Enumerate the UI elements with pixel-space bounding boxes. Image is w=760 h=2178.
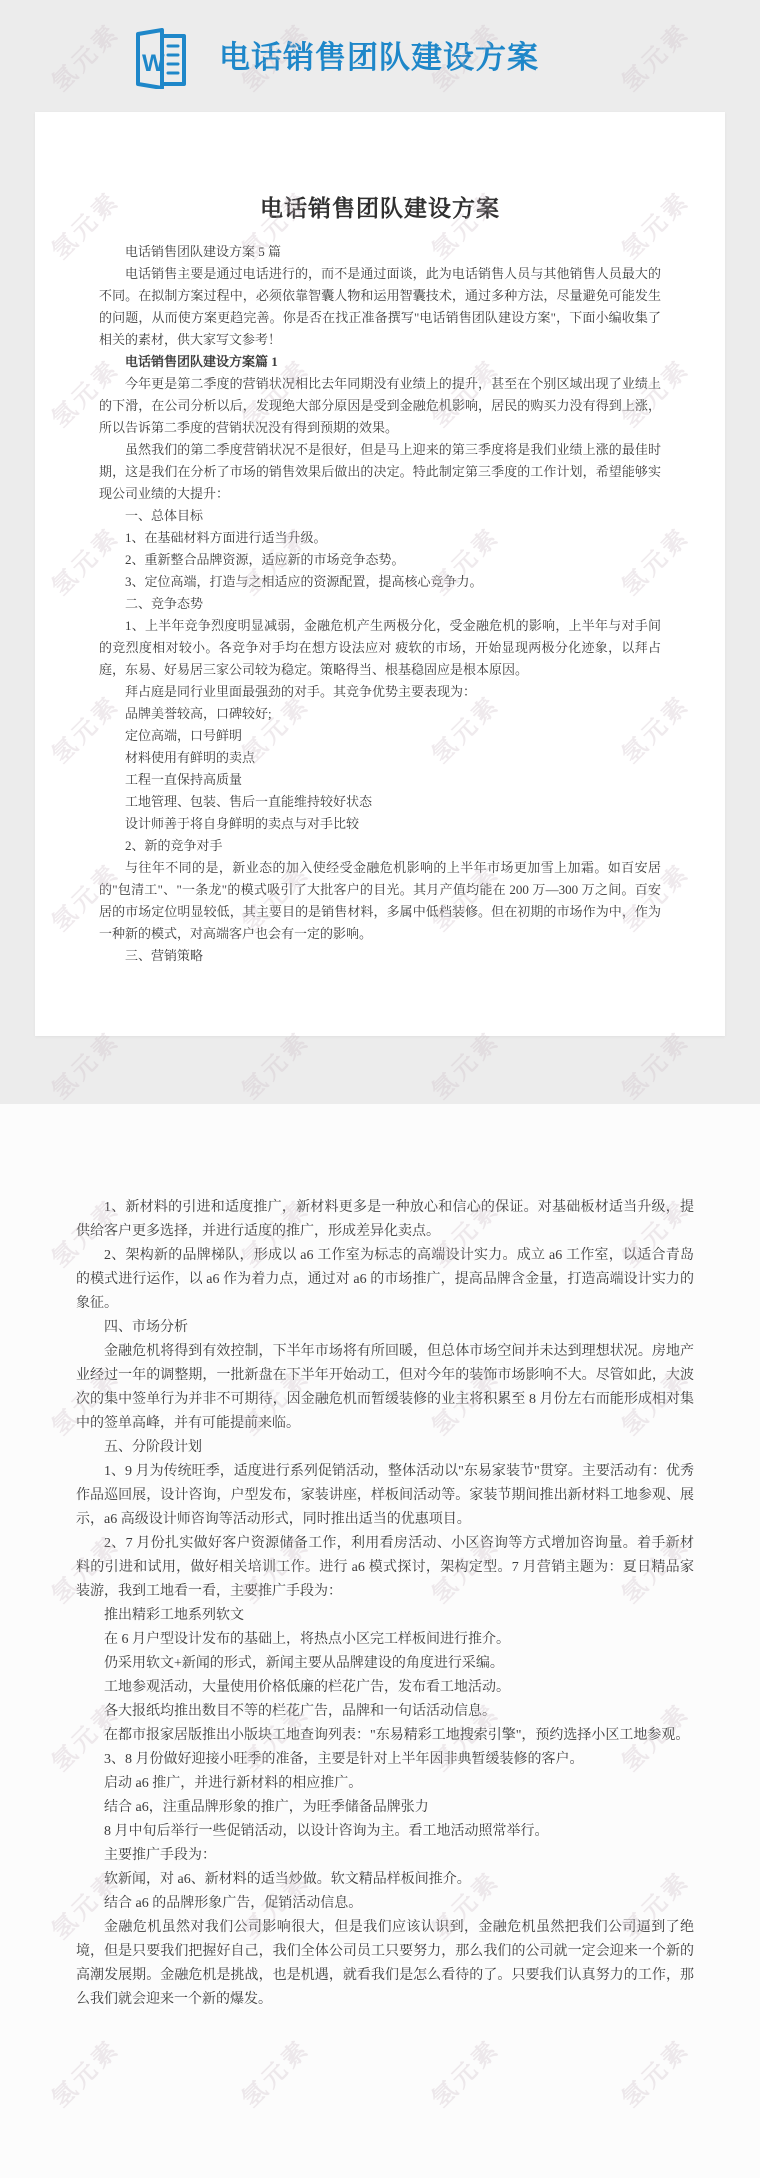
document-page-1: 电话销售团队建设方案 电话销售团队建设方案 5 篇电话销售主要是通过电话进行的，… (35, 112, 725, 1036)
paragraph: 品牌美誉较高，口碑较好; (99, 703, 661, 725)
paragraph: 设计师善于将自身鲜明的卖点与对手比较 (99, 813, 661, 835)
paragraph: 三、营销策略 (99, 945, 661, 967)
paragraph: 电话销售主要是通过电话进行的，而不是通过面谈，此为电话销售人员与其他销售人员最大… (99, 263, 661, 351)
paragraph: 电话销售团队建设方案 5 篇 (99, 241, 661, 263)
paragraph: 结合 a6 的品牌形象广告，促销活动信息。 (76, 1892, 694, 1916)
paragraph: 四、市场分析 (76, 1316, 694, 1340)
paragraph: 2、7 月份扎实做好客户资源储备工作，利用看房活动、小区咨询等方式增加咨询量。着… (76, 1532, 694, 1604)
paragraph: 1、在基础材料方面进行适当升级。 (99, 527, 661, 549)
paragraph: 五、分阶段计划 (76, 1436, 694, 1460)
paragraph: 一、总体目标 (99, 505, 661, 527)
paragraph: 1、上半年竞争烈度明显减弱，金融危机产生两极分化，受金融危机的影响，上半年与对手… (99, 615, 661, 681)
paragraph: 1、新材料的引进和适度推广，新材料更多是一种放心和信心的保证。对基础板材适当升级… (76, 1196, 694, 1244)
document-title: 电话销售团队建设方案 (99, 190, 661, 223)
header-title: 电话销售团队建设方案 (219, 38, 539, 78)
paragraph: 在都市报家居版推出小版块工地查询列表："东易精彩工地搜索引擎"，预约选择小区工地… (76, 1724, 694, 1748)
word-doc-icon-svg: W (131, 27, 191, 89)
paragraph: 材料使用有鲜明的卖点 (99, 747, 661, 769)
continuation-body: 1、新材料的引进和适度推广，新材料更多是一种放心和信心的保证。对基础板材适当升级… (76, 1196, 694, 2012)
paragraph: 各大报纸均推出数目不等的栏花广告，品牌和一句话活动信息。 (76, 1700, 694, 1724)
paragraph: 1、9 月为传统旺季，适度进行系列促销活动，整体活动以"东易家装节"贯穿。主要活… (76, 1460, 694, 1532)
paragraph: 今年更是第二季度的营销状况相比去年同期没有业绩上的提升，甚至在个别区域出现了业绩… (99, 373, 661, 439)
paragraph: 与往年不同的是，新业态的加入使经受金融危机影响的上半年市场更加雪上加霜。如百安居… (99, 857, 661, 945)
paragraph: 3、8 月份做好迎接小旺季的准备，主要是针对上半年因非典暂缓装修的客户。 (76, 1748, 694, 1772)
logo-letter: W (142, 50, 165, 77)
paragraph: 2、重新整合品牌资源，适应新的市场竞争态势。 (99, 549, 661, 571)
paragraph: 工地参观活动，大量使用价格低廉的栏花广告，发布看工地活动。 (76, 1676, 694, 1700)
paragraph: 软新闻，对 a6、新材料的适当炒做。软文精品样板间推介。 (76, 1868, 694, 1892)
paragraph: 电话销售团队建设方案篇 1 (99, 351, 661, 373)
paragraph: 工地管理、包装、售后一直能维持较好状态 (99, 791, 661, 813)
paragraph: 二、竞争态势 (99, 593, 661, 615)
paragraph: 仍采用软文+新闻的形式，新闻主要从品牌建设的角度进行采编。 (76, 1652, 694, 1676)
paragraph: 在 6 月户型设计发布的基础上，将热点小区完工样板间进行推介。 (76, 1628, 694, 1652)
paragraph: 虽然我们的第二季度营销状况不是很好，但是马上迎来的第三季度将是我们业绩上涨的最佳… (99, 439, 661, 505)
paragraph: 8 月中旬后举行一些促销活动，以设计咨询为主。看工地活动照常举行。 (76, 1820, 694, 1844)
paragraph: 拜占庭是同行业里面最强劲的对手。其竞争优势主要表现为： (99, 681, 661, 703)
site-header: W 电话销售团队建设方案 (0, 0, 760, 112)
paragraph: 结合 a6，注重品牌形象的推广，为旺季储备品牌张力 (76, 1796, 694, 1820)
page1-body: 电话销售团队建设方案 5 篇电话销售主要是通过电话进行的，而不是通过面谈，此为电… (99, 241, 661, 967)
word-doc-icon: W (131, 27, 191, 89)
paragraph: 2、架构新的品牌梯队，形成以 a6 工作室为标志的高端设计实力。成立 a6 工作… (76, 1244, 694, 1316)
paragraph: 启动 a6 推广，并进行新材料的相应推广。 (76, 1772, 694, 1796)
paragraph: 工程一直保持高质量 (99, 769, 661, 791)
paragraph: 推出精彩工地系列软文 (76, 1604, 694, 1628)
paragraph: 金融危机虽然对我们公司影响很大，但是我们应该认识到，金融危机虽然把我们公司逼到了… (76, 1916, 694, 2012)
document-continuation: 1、新材料的引进和适度推广，新材料更多是一种放心和信心的保证。对基础板材适当升级… (0, 1104, 760, 2178)
paragraph: 2、新的竞争对手 (99, 835, 661, 857)
paragraph: 主要推广手段为： (76, 1844, 694, 1868)
paragraph: 金融危机将得到有效控制，下半年市场将有所回暖，但总体市场空间并未达到理想状况。房… (76, 1340, 694, 1436)
paragraph: 3、定位高端，打造与之相适应的资源配置，提高核心竞争力。 (99, 571, 661, 593)
paragraph: 定位高端，口号鲜明 (99, 725, 661, 747)
